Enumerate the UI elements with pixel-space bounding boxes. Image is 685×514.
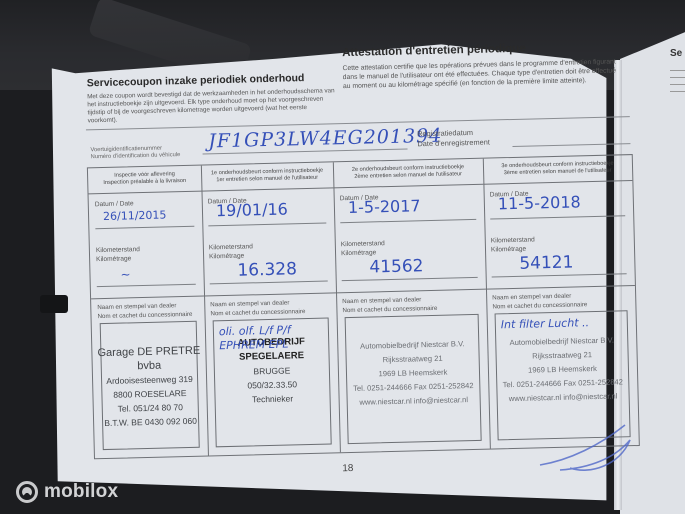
- column-header: 1e onderhoudsbeurt conform instructieboe…: [201, 162, 334, 191]
- heading-dutch: Servicecoupon inzake periodiek onderhoud: [87, 71, 337, 89]
- km-line: [97, 284, 196, 287]
- right-page-text-lines: [670, 64, 685, 98]
- registration-date-line: [512, 143, 630, 147]
- km-handwritten: 16.328: [237, 259, 297, 280]
- km-handwritten: 54121: [519, 253, 574, 274]
- km-line: [342, 277, 478, 281]
- date-handwritten: 26/11/2015: [103, 208, 167, 223]
- km-label: Kilometerstand Kilométrage: [96, 245, 140, 264]
- dealer-label: Naam en stempel van dealer Nom et cachet…: [342, 295, 437, 315]
- km-line: [492, 273, 627, 277]
- km-label: Kilometerstand Kilométrage: [491, 235, 535, 254]
- vin-label-fr: Numéro d'identification du véhicule: [91, 152, 201, 162]
- column-header: Inspectie vóór aflevering Inspection pré…: [88, 166, 202, 195]
- registration-date-label: Registratiedatum Date d'enregistrement: [417, 128, 490, 150]
- column-header: 3e onderhoudsbeurt conform instructieboe…: [483, 155, 633, 185]
- heading-french: Attestation d'entretien périodique: [342, 43, 526, 59]
- right-page-heading: Se: [670, 48, 682, 59]
- mobilox-logo-icon: [16, 481, 38, 503]
- row-divider: [91, 296, 204, 300]
- date-handwritten: 19/01/16: [216, 199, 288, 220]
- service-column-1: Inspectie vóór aflevering Inspection pré…: [88, 166, 209, 459]
- handwritten-note: Int filter Lucht ..: [501, 315, 622, 332]
- service-column-3: 2e onderhoudsbeurt conform instructieboe…: [333, 159, 491, 453]
- page-number: 18: [342, 463, 353, 474]
- service-column-2: 1e onderhoudsbeurt conform instructieboe…: [201, 162, 341, 455]
- date-label: Datum / Date: [95, 199, 134, 209]
- mobilox-brand: mobilox: [44, 481, 118, 503]
- intro-dutch: Met deze coupon wordt bevestigd dat de w…: [87, 87, 338, 125]
- dealer-stamp: Garage DE PRETRE bvbaArdooisesteenweg 31…: [92, 344, 207, 431]
- row-divider: [336, 289, 486, 294]
- date-line: [340, 219, 476, 223]
- date-line: [490, 215, 625, 219]
- handwritten-note: oli. olf. L/f P/f EPHREM EPL: [219, 323, 324, 354]
- date-line: [95, 226, 194, 229]
- date-handwritten: 1-5-2017: [348, 196, 421, 217]
- stamp-line: B.T.W. BE 0430 092 060: [94, 414, 207, 431]
- service-column-4: 3e onderhoudsbeurt conform instructieboe…: [483, 155, 639, 449]
- column-header: 2e onderhoudsbeurt conform instructieboe…: [333, 159, 484, 189]
- intro-french: Cette attestation certifie que les opéra…: [342, 57, 618, 91]
- row-divider: [486, 285, 635, 290]
- stamp-line: Ardooisesteenweg 319: [93, 372, 206, 389]
- date-handwritten: 11-5-2018: [498, 192, 581, 213]
- stamp-line: Garage DE PRETRE bvba: [92, 344, 206, 375]
- dealer-stamp: Automobielbedrijf Niestcar B.V.Rijksstra…: [487, 333, 638, 407]
- km-handwritten: 41562: [369, 256, 424, 277]
- mobilox-watermark: mobilox: [16, 481, 118, 503]
- km-line: [210, 281, 328, 285]
- reg-label-fr: Date d'enregistrement: [417, 138, 490, 150]
- km-label: Kilometerstand Kilométrage: [209, 242, 253, 261]
- dealer-stamp: Automobielbedrijf Niestcar B.V.Rijksstra…: [337, 337, 489, 411]
- booklet-clip: [40, 295, 68, 313]
- vin-label: Voertuigidentificatienummer Numéro d'ide…: [90, 145, 200, 162]
- date-line: [208, 223, 326, 227]
- dealer-label: Naam en stempel van dealer Nom et cachet…: [210, 298, 305, 318]
- signature-scribble: [530, 410, 640, 480]
- km-label: Kilometerstand Kilométrage: [341, 239, 385, 258]
- dealer-label: Naam en stempel van dealer Nom et cachet…: [492, 291, 587, 311]
- km-handwritten: ~: [120, 267, 130, 281]
- row-divider: [204, 292, 336, 296]
- dealer-label: Naam en stempel van dealer Nom et cachet…: [97, 301, 192, 321]
